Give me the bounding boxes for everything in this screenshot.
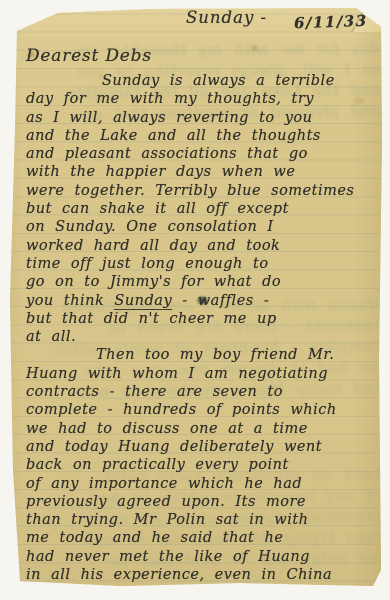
letter-text: with the happier days when we bbox=[26, 164, 295, 180]
letter-text: go on to Jimmy's for what do bbox=[26, 274, 281, 290]
letter-line: and the Lake and all the thoughts bbox=[26, 127, 374, 145]
letter-line: had never met the like of Huang bbox=[26, 548, 374, 566]
letter-body: Sunday is always a terribleday for me wi… bbox=[26, 72, 374, 584]
letter-scan: day for me with my thoughts, try as I wi… bbox=[0, 0, 390, 600]
letter-text: me today and he said that he bbox=[26, 530, 283, 546]
letter-line: Then too my boy friend Mr. bbox=[96, 346, 374, 364]
letter-line: Sunday is always a terrible bbox=[102, 72, 374, 90]
letter-paper: day for me with my thoughts, try as I wi… bbox=[0, 0, 390, 600]
letter-text: but that did n't cheer me up bbox=[26, 311, 277, 327]
underlined-word: Sunday bbox=[114, 293, 172, 310]
letter-text: - bbox=[254, 293, 270, 309]
letter-text: - bbox=[172, 293, 198, 309]
letter-text: time off just long enough to bbox=[26, 256, 269, 272]
letter-line: of any importance which he had bbox=[26, 475, 374, 493]
letter-text: worked hard all day and took bbox=[26, 238, 280, 254]
letter-date: 6/11/33 bbox=[294, 12, 368, 33]
letter-text: were together. Terribly blue sometimes bbox=[26, 183, 354, 199]
letter-text: Sunday is always a terrible bbox=[102, 73, 335, 89]
letter-text: and the Lake and all the thoughts bbox=[26, 128, 321, 144]
letter-text: had never met the like of Huang bbox=[26, 549, 310, 565]
letter-text: in all his experience, even in China bbox=[26, 567, 332, 583]
letter-text: as I will, always reverting to you bbox=[26, 110, 313, 126]
letter-line: worked hard all day and took bbox=[26, 237, 374, 255]
letter-text: at all. bbox=[26, 329, 76, 345]
letter-line: we had to discuss one at a time bbox=[26, 420, 374, 438]
letter-line: contracts - there are seven to bbox=[26, 383, 374, 401]
letter-text: and pleasant associations that go bbox=[26, 146, 308, 162]
letter-text: on Sunday. One consolation I bbox=[26, 219, 274, 235]
blotted-word: waffles bbox=[198, 293, 254, 309]
letter-line: as I will, always reverting to you bbox=[26, 109, 374, 127]
paper-stain bbox=[250, 44, 259, 52]
letter-line: were together. Terribly blue sometimes bbox=[26, 182, 374, 200]
letter-line: go on to Jimmy's for what do bbox=[26, 273, 374, 291]
letter-text: than trying. Mr Polin sat in with bbox=[26, 512, 309, 528]
letter-text: you think bbox=[26, 293, 114, 309]
letter-line: Huang with whom I am negotiating bbox=[26, 365, 374, 383]
letter-line: and today Huang deliberately went bbox=[26, 438, 374, 456]
letter-line: previously agreed upon. Its more bbox=[26, 493, 374, 511]
letter-text: and today Huang deliberately went bbox=[26, 439, 322, 455]
letter-text: but can shake it all off except bbox=[26, 201, 289, 217]
letter-line: and pleasant associations that go bbox=[26, 145, 374, 163]
letter-line: in all his experience, even in China bbox=[26, 566, 374, 584]
letter-line: back on practically every point bbox=[26, 456, 374, 474]
letter-line: you think Sunday - waffles - bbox=[26, 292, 374, 310]
letter-line: than trying. Mr Polin sat in with bbox=[26, 511, 374, 529]
letter-line: me today and he said that he bbox=[26, 529, 374, 547]
letter-text: contracts - there are seven to bbox=[26, 384, 283, 400]
letter-line: with the happier days when we bbox=[26, 163, 374, 181]
letter-line: day for me with my thoughts, try bbox=[26, 90, 374, 108]
letter-text: of any importance which he had bbox=[26, 476, 302, 492]
letter-line: on Sunday. One consolation I bbox=[26, 218, 374, 236]
letter-line: complete - hundreds of points which bbox=[26, 401, 374, 419]
letter-day-heading: Sunday - bbox=[186, 8, 267, 27]
letter-text: we had to discuss one at a time bbox=[26, 421, 308, 437]
letter-text: complete - hundreds of points which bbox=[26, 402, 337, 418]
letter-text: Huang with whom I am negotiating bbox=[26, 366, 328, 382]
letter-text: previously agreed upon. Its more bbox=[26, 494, 306, 510]
letter-line: time off just long enough to bbox=[26, 255, 374, 273]
letter-salutation: Dearest Debs bbox=[26, 46, 152, 66]
letter-line: at all. bbox=[26, 328, 374, 346]
letter-text: back on practically every point bbox=[26, 457, 289, 473]
letter-text: day for me with my thoughts, try bbox=[26, 91, 314, 107]
letter-text: Then too my boy friend Mr. bbox=[96, 347, 334, 363]
letter-line: but can shake it all off except bbox=[26, 200, 374, 218]
letter-line: but that did n't cheer me up bbox=[26, 310, 374, 328]
